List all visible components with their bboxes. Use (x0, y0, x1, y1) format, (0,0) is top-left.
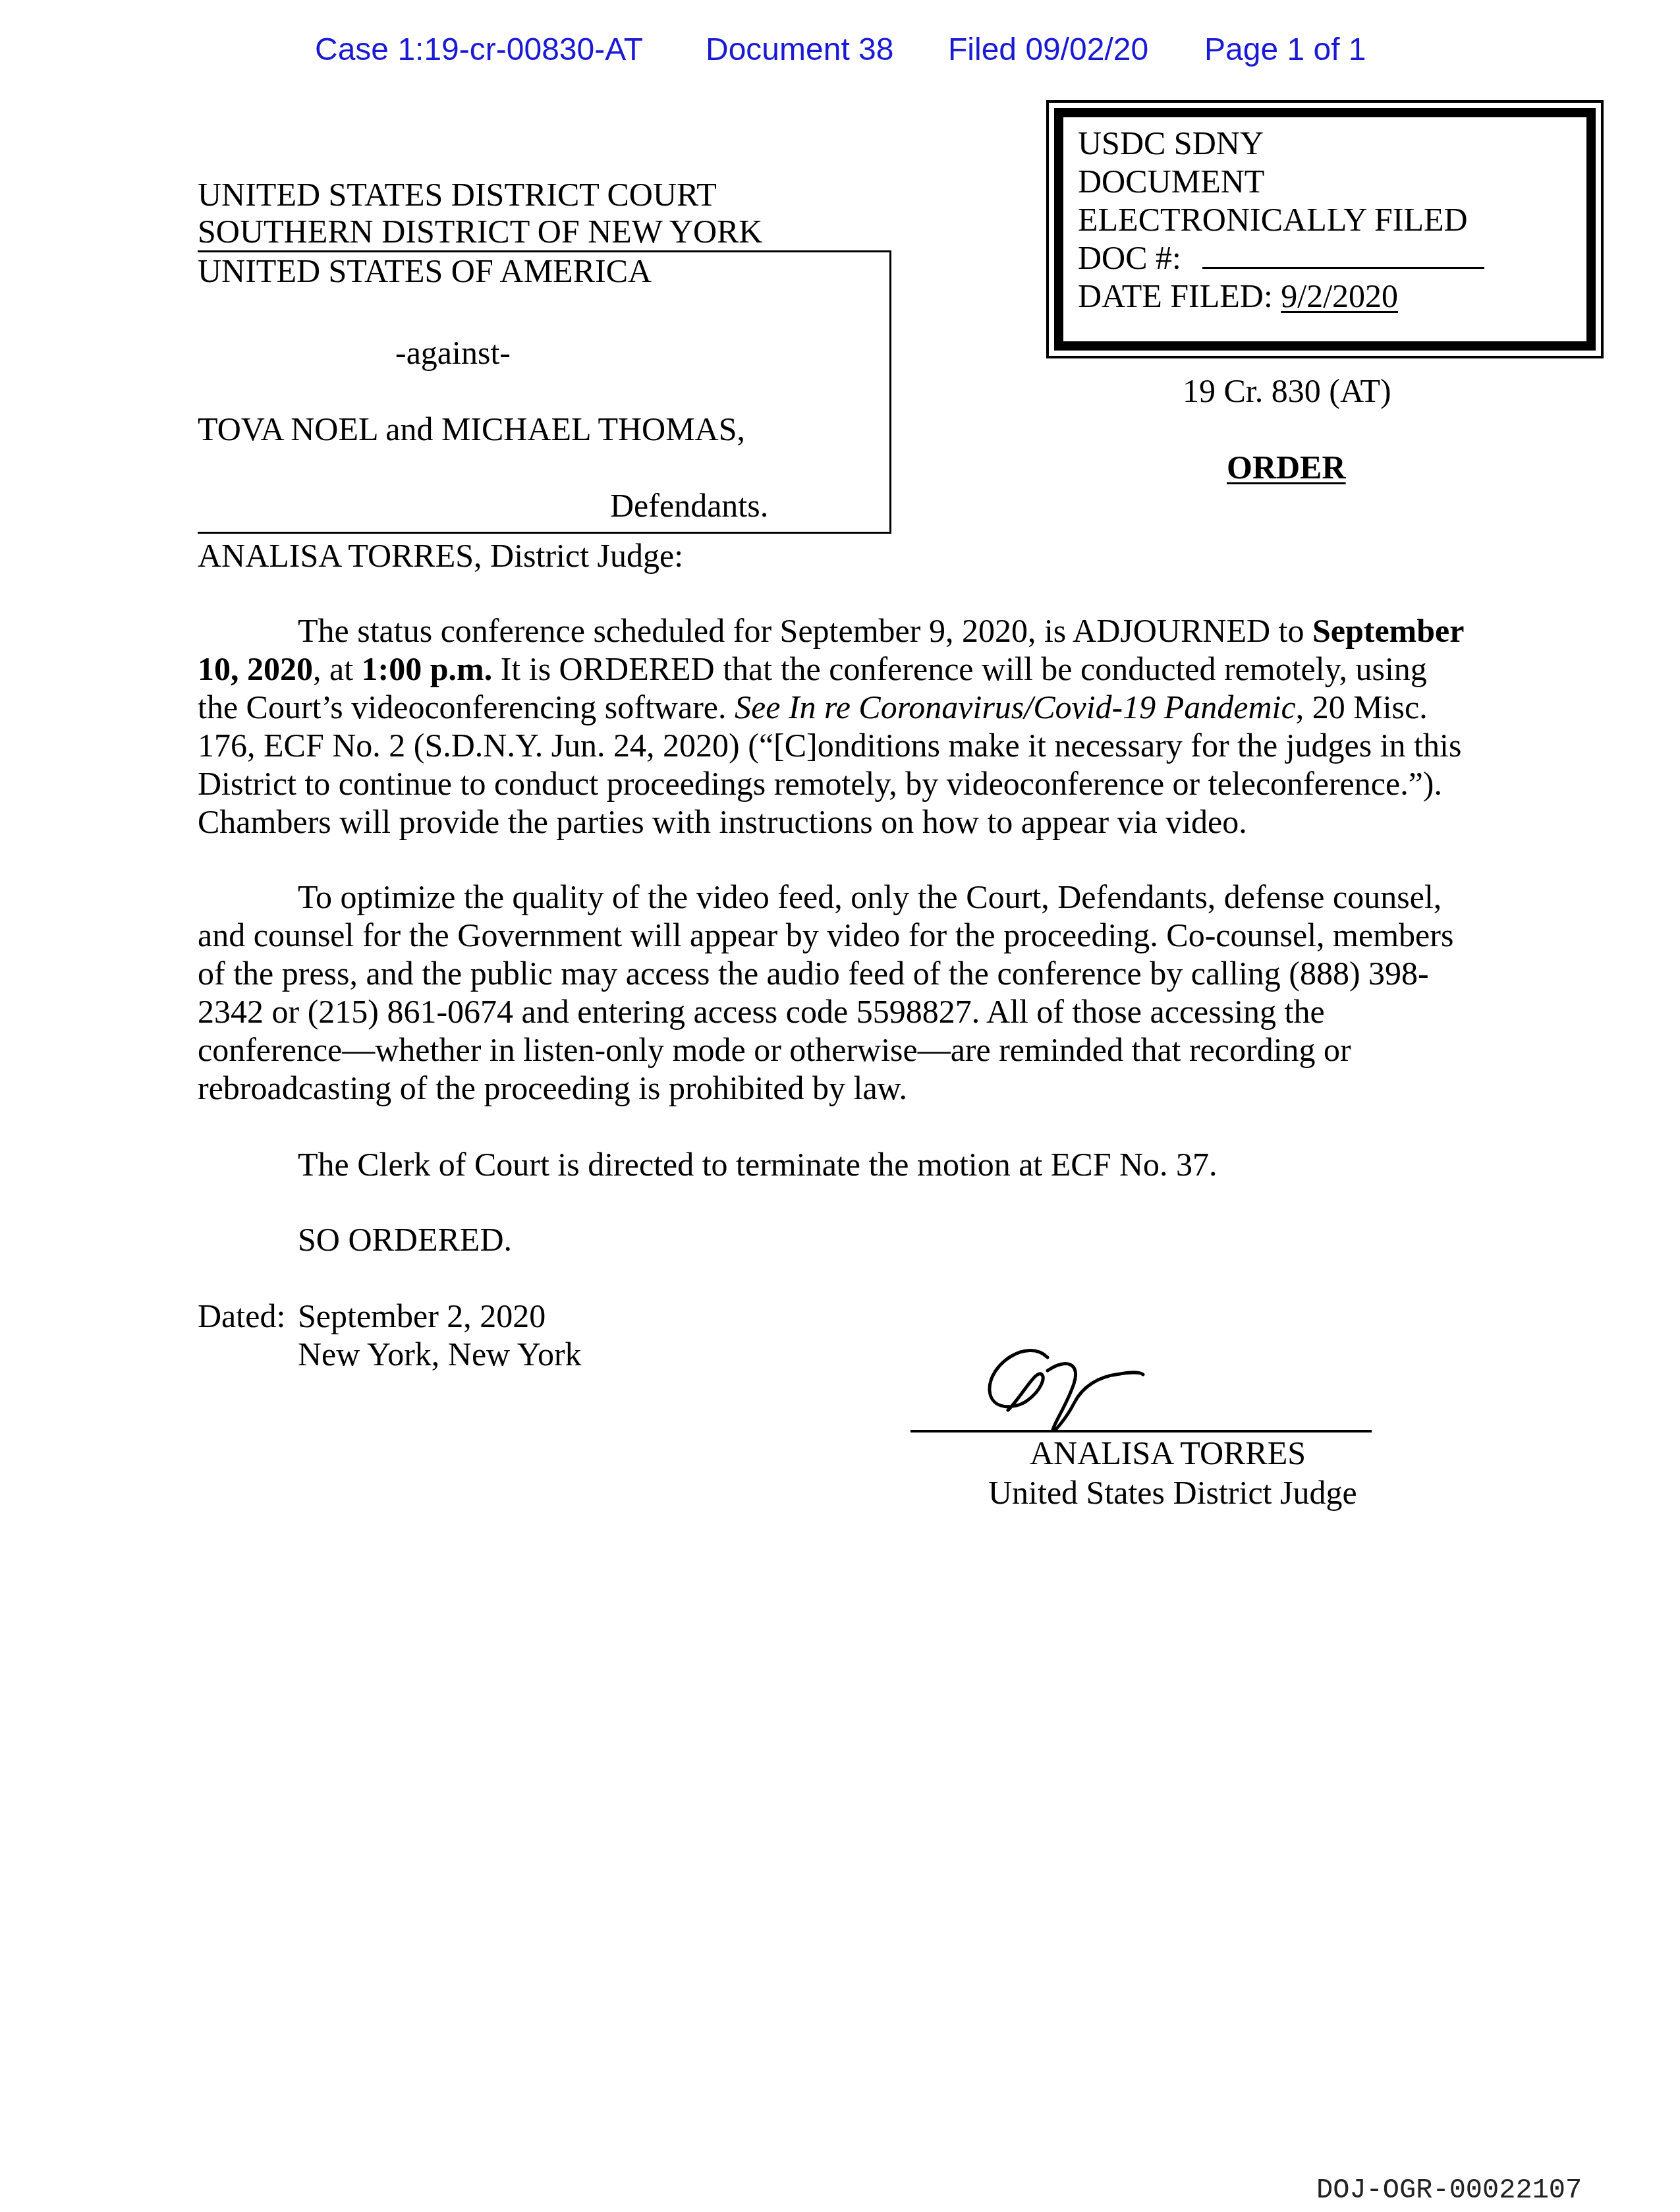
so-ordered: SO ORDERED. (198, 1220, 1469, 1259)
order-paragraph-1: The status conference scheduled for Sept… (198, 611, 1469, 841)
order-paragraph-2: To optimize the quality of the video fee… (198, 878, 1469, 1107)
ecf-page-count: Page 1 of 1 (1204, 32, 1366, 68)
dated-place: New York, New York (298, 1335, 582, 1373)
case-caption-box (198, 250, 891, 534)
court-district: SOUTHERN DISTRICT OF NEW YORK (198, 212, 762, 250)
stamp-doc-blank (1202, 241, 1484, 269)
stamp-line-efiled: ELECTRONICALLY FILED (1078, 200, 1468, 239)
ecf-document-number: Document 38 (706, 32, 894, 68)
stamp-date-value: 9/2/2020 (1281, 277, 1398, 314)
stamp-doc-number: DOC #: (1078, 239, 1484, 277)
signatory-title: United States District Judge (988, 1473, 1357, 1512)
stamp-date-filed: DATE FILED: 9/2/2020 (1078, 277, 1398, 315)
stamp-line-document: DOCUMENT (1078, 162, 1264, 200)
stamp-doc-label: DOC #: (1078, 239, 1181, 276)
caption-plaintiff: UNITED STATES OF AMERICA (198, 252, 652, 290)
signatory-name: ANALISA TORRES (1030, 1434, 1306, 1472)
dated-label: Dated: (198, 1297, 285, 1335)
case-number: 19 Cr. 830 (AT) (1183, 372, 1391, 410)
caption-defendants: TOVA NOEL and MICHAEL THOMAS, (198, 410, 745, 448)
ecf-filed-date: Filed 09/02/20 (948, 32, 1148, 68)
caption-defendants-label: Defendants. (610, 486, 768, 525)
order-paragraph-3: The Clerk of Court is directed to termin… (198, 1145, 1469, 1183)
stamp-date-label: DATE FILED: (1078, 277, 1273, 314)
court-name: UNITED STATES DISTRICT COURT (198, 175, 717, 213)
document-title: ORDER (1227, 448, 1346, 486)
judge-intro: ANALISA TORRES, District Judge: (198, 536, 683, 575)
ecf-case-number: Case 1:19-cr-00830-AT (315, 32, 643, 68)
caption-against: -against- (395, 333, 511, 372)
dated-date: September 2, 2020 (298, 1297, 546, 1335)
judge-signature-icon (975, 1338, 1225, 1430)
stamp-line-court: USDC SDNY (1078, 124, 1264, 162)
bates-number: DOJ-OGR-00022107 (1316, 2174, 1582, 2206)
signature-line (910, 1430, 1372, 1432)
